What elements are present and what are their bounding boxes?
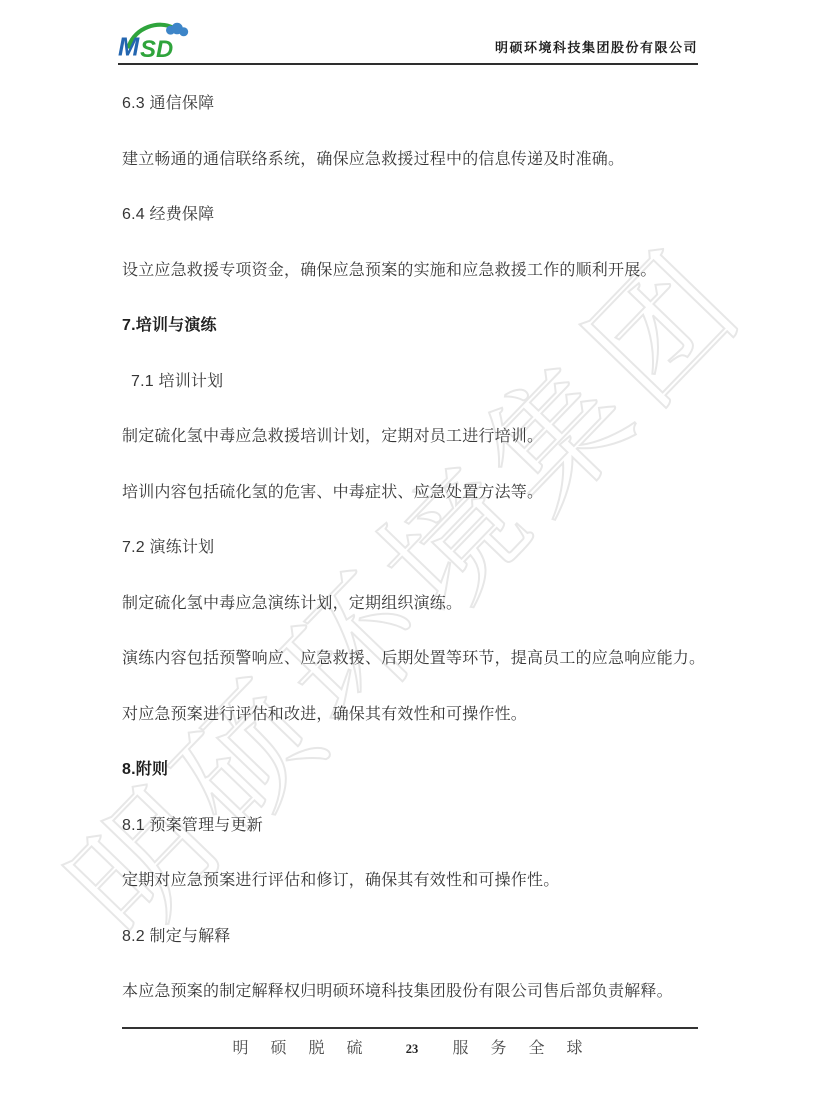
company-name: 明硕环境科技集团股份有限公司	[495, 37, 698, 56]
paragraph: 对应急预案进行评估和改进，确保其有效性和可操作性。	[122, 705, 718, 724]
paragraph: 设立应急救援专项资金，确保应急预案的实施和应急救援工作的顺利开展。	[122, 261, 718, 280]
page-header: M SD 明硕环境科技集团股份有限公司	[118, 0, 698, 65]
document-body: 6.3 通信保障 建立畅通的通信联络系统，确保应急救援过程中的信息传递及时准确。…	[122, 94, 718, 1038]
section-heading: 6.3 通信保障	[122, 94, 718, 113]
section-heading: 6.4 经费保障	[122, 205, 718, 224]
logo-letter-m: M	[118, 34, 140, 62]
page-footer: 明 硕 脱 硫 23 服 务 全 球	[122, 1027, 698, 1069]
section-heading: 8.1 预案管理与更新	[122, 816, 718, 835]
chapter-heading: 8.附则	[122, 760, 718, 779]
footer-slogan-right: 服 务 全 球	[452, 1035, 591, 1058]
document-page: 明硕环境集团 M SD 明硕环境科技集团股份有限公司 6.3 通信保障 建立畅通…	[0, 0, 822, 1096]
section-heading: 7.2 演练计划	[122, 538, 718, 557]
page-number: 23	[406, 1042, 419, 1057]
paragraph: 建立畅通的通信联络系统，确保应急救援过程中的信息传递及时准确。	[122, 150, 718, 169]
paragraph: 定期对应急预案进行评估和修订，确保其有效性和可操作性。	[122, 871, 718, 890]
paragraph: 本应急预案的制定解释权归明硕环境科技集团股份有限公司售后部负责解释。	[122, 982, 718, 1001]
section-heading: 8.2 制定与解释	[122, 927, 718, 946]
footer-slogan-left: 明 硕 脱 硫	[232, 1035, 371, 1058]
msd-logo-icon: M SD	[118, 18, 196, 62]
paragraph: 演练内容包括预警响应、应急救援、后期处置等环节，提高员工的应急响应能力。	[122, 649, 718, 668]
paragraph: 制定硫化氢中毒应急演练计划，定期组织演练。	[122, 594, 718, 613]
chapter-heading: 7.培训与演练	[122, 316, 718, 335]
msd-logo: M SD	[118, 18, 196, 62]
logo-letters-sd: SD	[140, 36, 173, 62]
paragraph: 制定硫化氢中毒应急救援培训计划，定期对员工进行培训。	[122, 427, 718, 446]
paragraph: 培训内容包括硫化氢的危害、中毒症状、应急处置方法等。	[122, 483, 718, 502]
section-heading: 7.1 培训计划	[122, 372, 718, 391]
